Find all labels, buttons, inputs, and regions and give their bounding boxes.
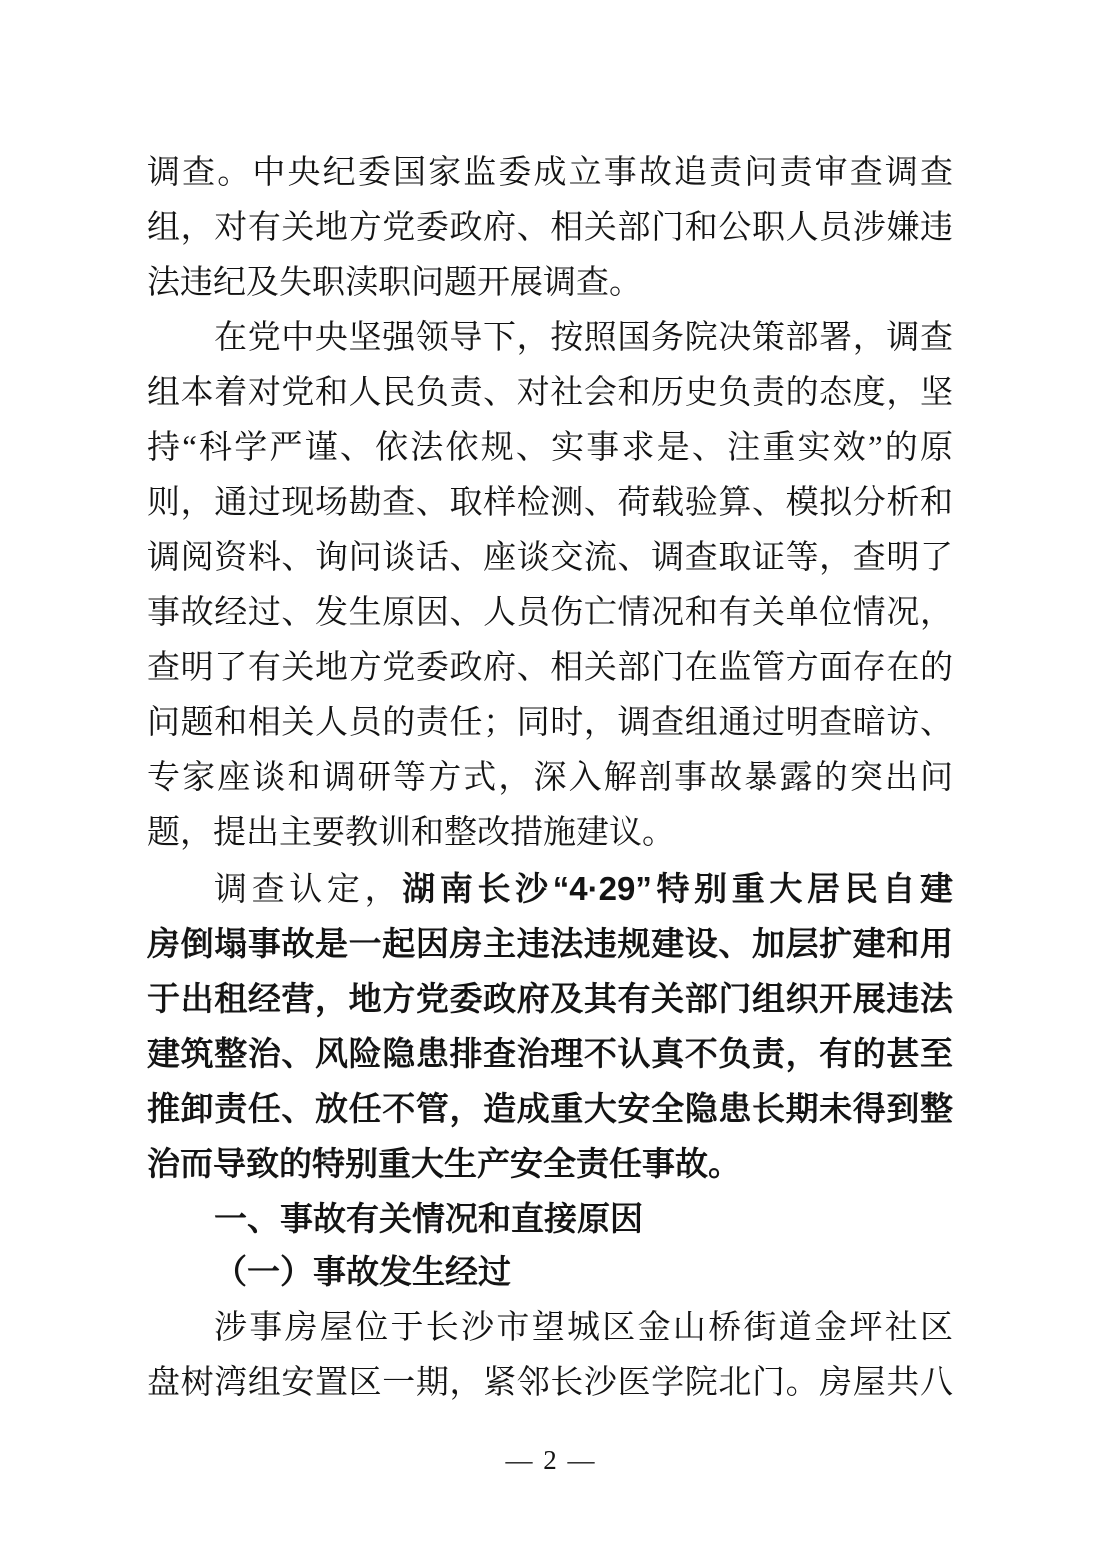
text-line-mixed: 调查认定，湖南长沙“4·29”特别重大居民自建: [147, 861, 953, 916]
text-line: 推卸责任、放任不管，造成重大安全隐患长期未得到整: [147, 1081, 953, 1136]
page-footer: — 2 —: [0, 1442, 1102, 1478]
text-line: 组本着对党和人民负责、对社会和历史负责的态度，坚: [147, 366, 953, 421]
text-line: 查明了有关地方党委政府、相关部门在监管方面存在的: [147, 641, 953, 696]
line-bold-text: 湖南长沙“4·29”特别重大居民自建: [402, 870, 953, 907]
text-line: 涉事房屋位于长沙市望城区金山桥街道金坪社区: [147, 1301, 953, 1356]
text-line: 问题和相关人员的责任；同时，调查组通过明查暗访、: [147, 696, 953, 751]
text-line: 持“科学严谨、依法依规、实事求是、注重实效”的原: [147, 421, 953, 476]
page-number-text: — 2 —: [506, 1445, 597, 1475]
text-line: 事故经过、发生原因、人员伤亡情况和有关单位情况，: [147, 586, 953, 641]
text-line: 法违纪及失职渎职问题开展调查。: [147, 256, 953, 311]
text-line: 建筑整治、风险隐患排查治理不认真不负责，有的甚至: [147, 1026, 953, 1081]
text-line: 组，对有关地方党委政府、相关部门和公职人员涉嫌违: [147, 201, 953, 256]
text-line: 题，提出主要教训和整改措施建议。: [147, 806, 953, 861]
text-line: 房倒塌事故是一起因房主违法违规建设、加层扩建和用: [147, 916, 953, 971]
text-line: 专家座谈和调研等方式，深入解剖事故暴露的突出问: [147, 751, 953, 806]
text-line: 盘树湾组安置区一期，紧邻长沙医学院北门。房屋共八: [147, 1356, 953, 1411]
text-line: 则，通过现场勘查、取样检测、荷载验算、模拟分析和: [147, 476, 953, 531]
subsection-heading: （一）事故发生经过: [147, 1246, 953, 1301]
text-line: 治而导致的特别重大生产安全责任事故。: [147, 1136, 953, 1191]
text-line: 在党中央坚强领导下，按照国务院决策部署，调查: [147, 311, 953, 366]
text-line: 于出租经营，地方党委政府及其有关部门组织开展违法: [147, 971, 953, 1026]
text-block: 调查。中央纪委国家监委成立事故追责问责审查调查 组，对有关地方党委政府、相关部门…: [147, 146, 953, 1411]
text-line: 调查。中央纪委国家监委成立事故追责问责审查调查: [147, 146, 953, 201]
line-regular-prefix: 调查认定，: [214, 872, 402, 908]
section-heading: 一、事故有关情况和直接原因: [147, 1191, 953, 1246]
document-page: 调查。中央纪委国家监委成立事故追责问责审查调查 组，对有关地方党委政府、相关部门…: [0, 0, 1102, 1559]
text-line: 调阅资料、询问谈话、座谈交流、调查取证等，查明了: [147, 531, 953, 586]
